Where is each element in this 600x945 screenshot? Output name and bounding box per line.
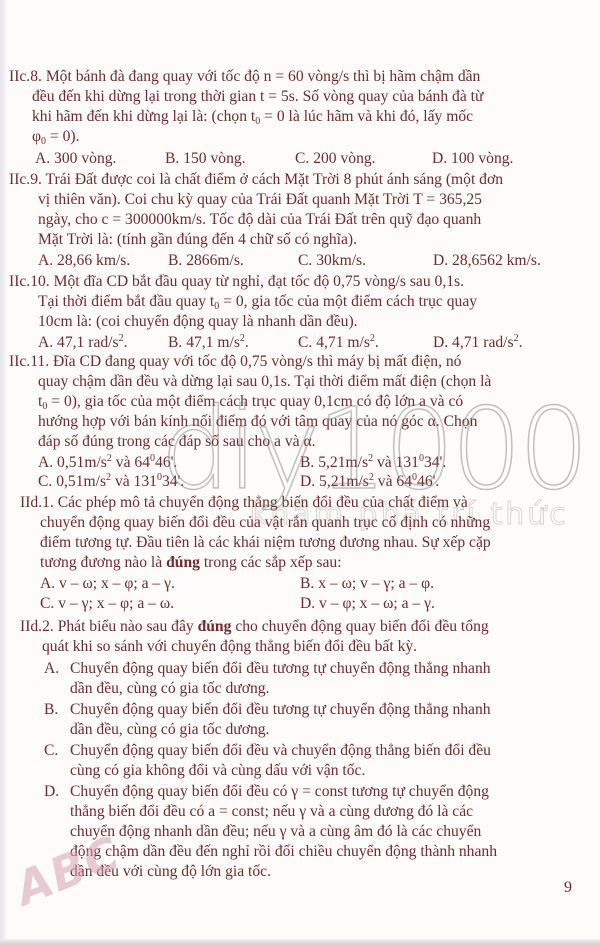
answer-option-d: D. 100 vòng. [432, 149, 513, 169]
answer-option-d: D. 4,71 rad/s2. [433, 333, 522, 353]
question-text-line: IIc.9. Trái Đất được coi là chất điểm ở … [9, 170, 503, 190]
answer-option-a: A. 300 vòng. [35, 149, 116, 169]
answer-option-c: C. 30km/s. [298, 251, 366, 271]
question-text-line: quay chậm dần đều và dừng lại sau 0,1s. … [38, 372, 491, 392]
question-text-line: 10cm là: (coi chuyển động quay là nhanh … [38, 312, 358, 332]
question-text-line: Mặt Trời là: (tính gần đúng đến 4 chữ số… [38, 230, 357, 250]
page-number: 9 [564, 878, 572, 898]
question-id: IIc.9. [9, 171, 42, 188]
answer-option-d: D. v – φ; x – ω; a – γ. [300, 594, 435, 614]
question-text-line: IIc.11. Đĩa CD đang quay với tốc độ 0,75… [9, 352, 461, 372]
answer-option-b: B. 2866m/s. [168, 251, 244, 271]
answer-option-d: D. 5,21m/s2 và 64046'. [300, 472, 439, 492]
question-text-line: ngày, cho c = 300000km/s. Tốc độ dài của… [38, 210, 481, 230]
question-id: IIc.8. [9, 68, 42, 85]
answer-option-a: A. 0,51m/s2 và 64046'. [38, 453, 177, 473]
answer-option-c: C. 200 vòng. [295, 149, 376, 169]
question-text-line: IId.2. Phát biểu nào sau đây đúng cho ch… [20, 617, 489, 637]
question-text-line: vị thiên văn). Coi chu kỳ quay của Trái … [38, 190, 482, 210]
question-id: IId.2. [20, 618, 54, 635]
answer-option-b: B. x – ω; v – γ; a – φ. [300, 574, 434, 594]
answer-option-a: A. v – ω; x – φ; a – γ. [40, 574, 175, 594]
question-text-line: IIc.8. Một bánh đà đang quay với tốc độ … [9, 67, 480, 87]
question-text-line: IId.1. Các phép mô tả chuyển động thẳng … [20, 493, 468, 513]
answer-option-a: A. 28,66 km/s. [38, 251, 130, 271]
question-id: IIc.11. [9, 353, 49, 370]
question-text-line: đáp số đúng trong các đáp số sau cho a v… [38, 432, 316, 452]
publisher-logo: ABC [8, 826, 128, 916]
answer-option-c: C. 4,71 m/s2. [298, 333, 379, 353]
answer-option-d: D. 28,6562 km/s. [433, 251, 541, 271]
question-text-line: hướng hợp với bán kính nối điểm đó với t… [38, 412, 477, 432]
question-text-line: điểm tương tự. Đầu tiên là các khái niệm… [40, 533, 491, 553]
question-text-line: Tại thời điểm bắt đầu quay t0 = 0, gia t… [38, 292, 477, 312]
page-edge [0, 0, 6, 945]
question-text-line: quát khi so sánh với chuyển động thẳng b… [42, 637, 417, 657]
question-text-line: chuyển động quay biến đổi đều của vật rắ… [40, 513, 490, 533]
question-text-line: tương đương nào là đúng trong các sắp xế… [40, 553, 342, 573]
question-text-line: đều đến khi dừng lại trong thời gian t =… [32, 87, 483, 107]
question-id: IIc.10. [9, 273, 50, 290]
page-edge-bottom [0, 939, 600, 945]
question-text-line: t0 = 0), gia tốc của một điểm cách trục … [38, 392, 463, 412]
answer-option-b: B. 5,21m/s2 và 131034'. [300, 453, 446, 473]
question-text-line: φ0 = 0). [32, 127, 80, 147]
question-text-line: khi hãm đến khi dừng lại là: (chọn t0 = … [32, 107, 473, 127]
answer-option-c: C. 0,51m/s2 và 131034'. [38, 472, 184, 492]
answer-option-b: B. 47,1 m/s2. [168, 333, 249, 353]
answer-option-c: C. v – γ; x – φ; a – ω. [40, 594, 174, 614]
answer-option-b: B. 150 vòng. [165, 149, 246, 169]
question-text-line: IIc.10. Một đĩa CD bắt đầu quay từ nghỉ,… [9, 272, 464, 292]
answer-option-a: A. 47,1 rad/s2. [38, 333, 127, 353]
question-id: IId.1. [20, 494, 54, 511]
